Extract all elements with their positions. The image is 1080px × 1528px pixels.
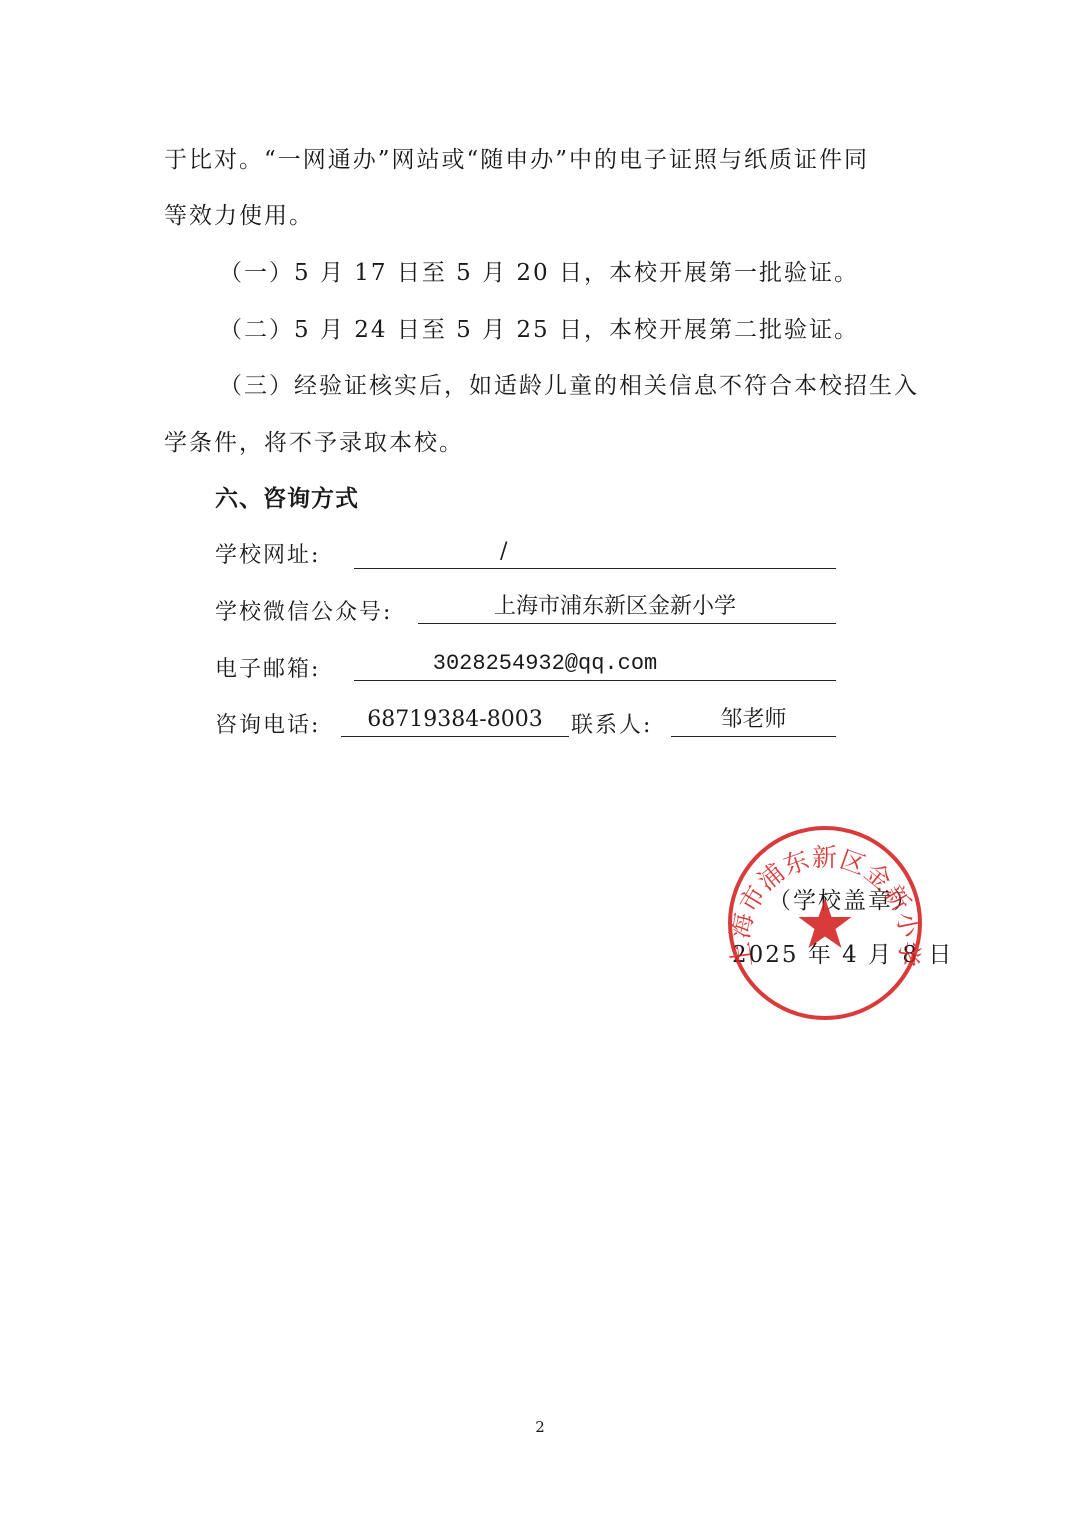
website-value: / xyxy=(354,538,836,569)
wechat-label: 学校微信公众号: xyxy=(215,598,392,628)
signature-date: 2025 年 4 月 8 日 xyxy=(732,936,953,969)
school-seal-icon: 上海市浦东新区金新小学 xyxy=(726,824,924,1022)
page-number: 2 xyxy=(0,1418,1080,1436)
wechat-value-text: 上海市浦东新区金新小学 xyxy=(494,594,736,619)
wechat-value: 上海市浦东新区金新小学 xyxy=(418,593,836,624)
paragraph-line-2: 等效力使用。 xyxy=(164,201,314,231)
verification-batch-2: （二）5 月 24 日至 5 月 25 日，本校开展第二批验证。 xyxy=(219,315,859,345)
phone-label: 咨询电话: xyxy=(215,711,320,741)
email-value: 3028254932@qq.com xyxy=(354,650,836,681)
verification-result-line-2: 学条件，将不予录取本校。 xyxy=(164,428,464,458)
contact-person-value: 邹老师 xyxy=(671,706,836,737)
email-value-text: 3028254932@qq.com xyxy=(433,651,657,676)
stamp-caption: （学校盖章） xyxy=(768,882,918,915)
phone-value: 68719384-8003 xyxy=(341,706,569,737)
document-page: 于比对。“一网通办”网站或“随申办”中的电子证照与纸质证件同 等效力使用。 （一… xyxy=(0,0,1080,1528)
verification-batch-1: （一）5 月 17 日至 5 月 20 日，本校开展第一批验证。 xyxy=(219,258,859,288)
email-label: 电子邮箱: xyxy=(215,655,320,685)
website-value-text: / xyxy=(500,538,507,566)
phone-value-text: 68719384-8003 xyxy=(367,707,542,732)
website-label: 学校网址: xyxy=(215,541,320,571)
verification-result-line-1: （三）经验证核实后，如适龄儿童的相关信息不符合本校招生入 xyxy=(219,371,919,401)
section-heading-contact: 六、咨询方式 xyxy=(215,484,359,514)
paragraph-line-1: 于比对。“一网通办”网站或“随申办”中的电子证照与纸质证件同 xyxy=(164,145,869,175)
contact-person-value-text: 邹老师 xyxy=(720,707,786,732)
contact-person-label: 联系人: xyxy=(571,711,652,741)
